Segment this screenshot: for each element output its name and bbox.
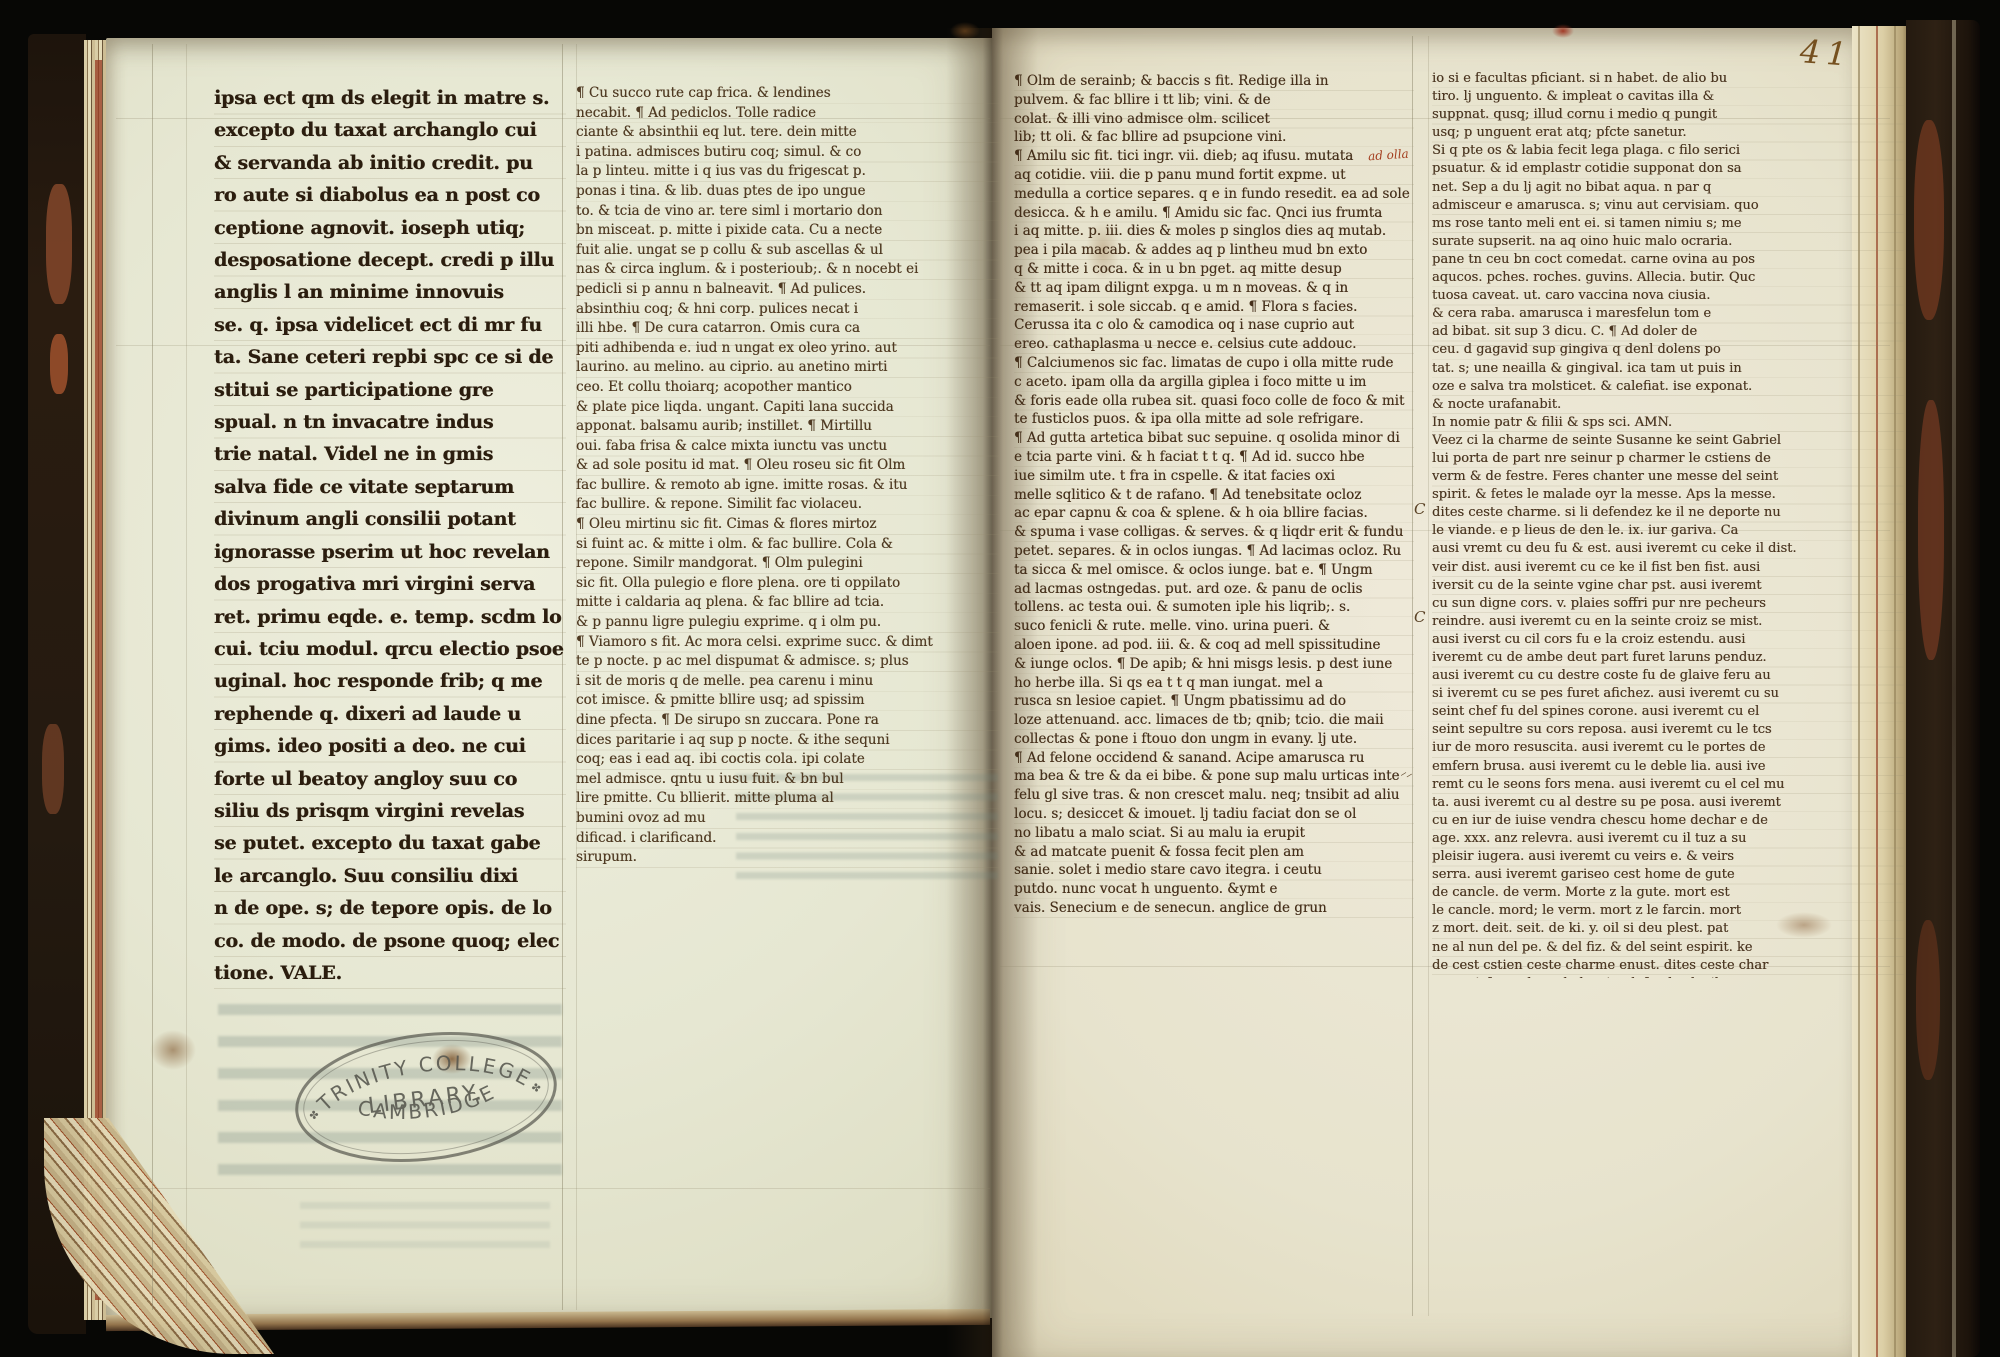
manuscript-text-line: ad bibat. sit sup 3 dicu. C. ¶ Ad doler … — [1432, 323, 1904, 341]
manuscript-text-line: mitte i caldaria aq plena. & fac bllire … — [576, 593, 1000, 613]
manuscript-text-line: oze e salva tra molsticet. & calefiat. i… — [1432, 378, 1904, 396]
manuscript-text-line: siliu ds prisqm virgini revelas — [214, 795, 566, 827]
manuscript-text-line: psuatur. & id emplastr cotidie supponat … — [1432, 160, 1904, 178]
manuscript-text-line: pedicli si p annu n balneavit. ¶ Ad puli… — [576, 280, 1000, 300]
manuscript-text-line: iversit cu de la seinte vgine char pst. … — [1432, 577, 1904, 595]
leather-wear-patch — [50, 334, 68, 394]
manuscript-text-line: Veez ci la charme de seinte Susanne ke s… — [1432, 432, 1904, 450]
manuscript-text-line: n de ope. s; de tepore opis. de lo — [214, 892, 566, 924]
marginal-paraph-mark: C — [1414, 500, 1425, 518]
manuscript-text-line: & ad matcate puenit & fossa fecit plen a… — [1014, 843, 1414, 862]
manuscript-text-line: salva fide ce vitate septarum — [214, 471, 566, 503]
manuscript-text-line: ¶ Ad felone occidend & sanand. Acipe ama… — [1014, 749, 1414, 768]
manuscript-text-line: divinum angli consilii potant — [214, 503, 566, 535]
manuscript-text-line: emfern brusa. ausi iveremt cu le deble l… — [1432, 758, 1904, 776]
manuscript-text-line: rusca sn lesioe capiet. ¶ Ungm pbatissim… — [1014, 692, 1414, 711]
manuscript-text-line: le viande. e p lieus de den le. ix. iur … — [1432, 522, 1904, 540]
show-through-text — [300, 1196, 550, 1256]
manuscript-text-line: stitui se participatione gre — [214, 374, 566, 406]
manuscript-text-line: iur de moro resuscita. ausi iveremt cu l… — [1432, 739, 1904, 757]
red-stained-fore-edge — [95, 60, 102, 1300]
manuscript-text-line: anglis l an minime innovuis — [214, 276, 566, 308]
manuscript-text-line: ret. primu eqde. e. temp. scdm lo — [214, 601, 566, 633]
manuscript-text-line: tollens. ac testa oui. & sumoten iple hi… — [1014, 598, 1414, 617]
manuscript-text-line: la p linteu. mitte i q ius vas du friges… — [576, 162, 1000, 182]
manuscript-text-line: ciante & absinthii eq lut. tere. dein mi… — [576, 123, 1000, 143]
manuscript-text-line: to. & tcia de vino ar. tere siml i morta… — [576, 202, 1000, 222]
manuscript-text-line: illi hbe. ¶ De cura catarron. Omis cura … — [576, 319, 1000, 339]
manuscript-text-line: fac bullire. & remoto ab igne. imitte ro… — [576, 476, 1000, 496]
manuscript-text-line: petet. separes. & in oclos iungas. ¶ Ad … — [1014, 542, 1414, 561]
leather-wear-patch — [1916, 920, 1940, 1080]
leather-wear-patch — [1914, 120, 1944, 320]
manuscript-text-line: ceu. d gagavid sup gingiva q denl dolens… — [1432, 341, 1904, 359]
manuscript-text-line: pleisir iugera. ausi iveremt cu veirs e.… — [1432, 848, 1904, 866]
left-page-main-column: ipsa ect qm ds elegit in matre s.excepto… — [214, 82, 566, 994]
manuscript-text-line: c aceto. ipam olla da argilla giplea i f… — [1014, 373, 1414, 392]
manuscript-text-line: remt cu le seons fors mena. ausi iveremt… — [1432, 776, 1904, 794]
manuscript-text-line: si iveremt cu se pes furet afichez. ausi… — [1432, 685, 1904, 703]
manuscript-text-line: rephende q. dixeri ad laude u — [214, 698, 566, 730]
manuscript-text-line: desicca. & h e amilu. ¶ Amidu sic fac. Q… — [1014, 204, 1414, 223]
manuscript-text-line: net. Sep a du lj agit no bibat aqua. n p… — [1432, 179, 1904, 197]
manuscript-text-line: dos progativa mri virgini serva — [214, 568, 566, 600]
manuscript-text-line: serra. ausi iveremt gariseo cest home de… — [1432, 866, 1904, 884]
manuscript-text-line: Si q pte os & labia fecit lega plaga. c … — [1432, 142, 1904, 160]
manuscript-text-line: ¶ Oleu mirtinu sic fit. Cimas & flores m… — [576, 515, 1000, 535]
book-cover-right-edge — [1906, 20, 1980, 1357]
marginal-paraph-mark: C — [1414, 608, 1425, 626]
manuscript-text-line: & servanda ab initio credit. pu — [214, 147, 566, 179]
marginal-note-red: ad olla — [1368, 147, 1410, 164]
manuscript-text-line: ma bea & tre & da ei bibe. & pone sup ma… — [1014, 767, 1414, 786]
manuscript-text-line: de cest cstien ceste charme enust. dites… — [1432, 957, 1904, 975]
manuscript-text-line: veir dist. ausi iveremt cu ce ke il fist… — [1432, 559, 1904, 577]
manuscript-text-line: e tcia parte vini. & h faciat t t q. ¶ A… — [1014, 448, 1414, 467]
manuscript-text-line: i aq mitte. p. iii. dies & moles p singl… — [1014, 222, 1414, 241]
manuscript-text-line: uginal. hoc responde frib; q me — [214, 665, 566, 697]
manuscript-text-line: ac epar capnu & coa & splene. & h oia bl… — [1014, 504, 1414, 523]
manuscript-text-line: lib; tt oli. & fac bllire ad psupcione v… — [1014, 128, 1414, 147]
manuscript-text-line: i patina. admisces butiru coq; simul. & … — [576, 143, 1000, 163]
manuscript-text-line: cui. tciu modul. qrcu electio psoe — [214, 633, 566, 665]
manuscript-text-line: loze attenuand. acc. limaces de tb; qnib… — [1014, 711, 1414, 730]
manuscript-photo: ipsa ect qm ds elegit in matre s.excepto… — [0, 0, 2000, 1357]
manuscript-text-line: colat. & illi vino admisce olm. scilicet — [1014, 110, 1414, 129]
ruling-line-vertical — [1428, 36, 1429, 1316]
leather-wear-patch — [42, 724, 64, 814]
manuscript-text-line: aq cotidie. viii. die p panu mund fortit… — [1014, 166, 1414, 185]
manuscript-text-line: oui. faba frisa & calce mixta iunctu vas… — [576, 437, 1000, 457]
manuscript-text-line: desposatione decept. credi p illu — [214, 244, 566, 276]
manuscript-text-line: apponat. balsamu aurib; instillet. ¶ Mir… — [576, 417, 1000, 437]
right-page-first-column: ¶ Olm de serainb; & baccis s fit. Redige… — [1014, 72, 1414, 918]
manuscript-text-line: ceo. Et collu thoiarq; acopother mantico — [576, 378, 1000, 398]
manuscript-text-line: & tt aq ipam dilignt expga. u m n moveas… — [1014, 279, 1414, 298]
manuscript-text-line: te fusticlos puos. & ipa olla mitte ad s… — [1014, 410, 1414, 429]
manuscript-text-line: In nomie patr & filii & sps sci. AMN. — [1432, 414, 1904, 432]
manuscript-text-line: ausi iverst cu cil cors fu e la croiz es… — [1432, 631, 1904, 649]
manuscript-text-line: seint chef fu del spines corone. ausi iv… — [1432, 703, 1904, 721]
manuscript-text-line: nas & circa inglum. & i posterioub;. & n… — [576, 260, 1000, 280]
left-page-second-column: ¶ Cu succo rute cap frica. & lendinesnec… — [576, 84, 1000, 870]
manuscript-text-line: & foris eade olla rubea sit. quasi foco … — [1014, 392, 1414, 411]
manuscript-text-line: se putet. excepto du taxat gabe — [214, 827, 566, 859]
manuscript-text-line: co. de modo. de psone quoq; elec — [214, 925, 566, 957]
manuscript-text-line: & spuma i vase colligas. & serves. & q l… — [1014, 523, 1414, 542]
manuscript-text-line: cu en iur de iuise vendra chescu home de… — [1432, 812, 1904, 830]
manuscript-text-line: dites ceste charme. si li defendez ke il… — [1432, 504, 1904, 522]
manuscript-text-line: lui porta de part nre seinur p charmer l… — [1432, 450, 1904, 468]
manuscript-text-line: laurino. au melino. au ciprio. au anetin… — [576, 358, 1000, 378]
manuscript-text-line: si fuint ac. & mitte i olm. & fac bullir… — [576, 535, 1000, 555]
manuscript-text-line: ignorasse pserim ut hoc revelan — [214, 536, 566, 568]
manuscript-text-line: aloen ipone. ad pod. iii. &. & coq ad me… — [1014, 636, 1414, 655]
manuscript-text-line: ¶ Calciumenos sic fac. limatas de cupo i… — [1014, 354, 1414, 373]
stamp-ornament-right: ✤ — [531, 1081, 542, 1095]
manuscript-text-line: sanie. solet i medio stare cavo itegra. … — [1014, 861, 1414, 880]
manuscript-text-line: tione. VALE. — [214, 957, 566, 989]
manuscript-text-line: collectas & pone i ftouo don ungm in eva… — [1014, 730, 1414, 749]
debris-spot — [950, 22, 980, 40]
manuscript-text-line: ad lacmas ostngedas. put. ard oze. & pan… — [1014, 580, 1414, 599]
manuscript-text-line: io si e facultas pficiant. si n habet. d… — [1432, 70, 1904, 88]
manuscript-text-line: felu gl sive tras. & non crescet malu. n… — [1014, 786, 1414, 805]
manuscript-text-line: ipsa ect qm ds elegit in matre s. — [214, 82, 566, 114]
manuscript-text-line: ro aute si diabolus ea n post co — [214, 179, 566, 211]
manuscript-text-line: cu sun digne cors. v. plaies soffri pur … — [1432, 595, 1904, 613]
manuscript-text-line: Cerussa ita c olo & camodica oq i nase c… — [1014, 316, 1414, 335]
manuscript-text-line: de cancle. de verm. Morte z la gute. mor… — [1432, 884, 1904, 902]
manuscript-text-line: admisceur e amarusca. s; vinu aut cervis… — [1432, 197, 1904, 215]
manuscript-text-line: dices paritarie i aq sup p nocte. & ithe… — [576, 731, 1000, 751]
manuscript-text-line: seint sepultre su cors reposa. ausi iver… — [1432, 721, 1904, 739]
manuscript-text-line: iue similm ute. t fra in cspelle. & itat… — [1014, 467, 1414, 486]
manuscript-text-line: usq; p unguent erat atq; pfcte sanetur. — [1432, 124, 1904, 142]
manuscript-text-line: melle sqlitico & t de rafano. ¶ Ad teneb… — [1014, 486, 1414, 505]
manuscript-text-line: pea i pila macab. & addes aq p lintheu m… — [1014, 241, 1414, 260]
manuscript-text-line: le cancle. mord; le verm. mort z le farc… — [1432, 902, 1904, 920]
manuscript-text-line: spirit. & fetes le malade oyr la messe. … — [1432, 486, 1904, 504]
manuscript-text-line: tat. s; une neailla & gingival. ica tam … — [1432, 360, 1904, 378]
manuscript-text-line: ereo. cathaplasma u necce e. celsius cut… — [1014, 335, 1414, 354]
manuscript-text-line: iveremt cu de ambe deut part furet larun… — [1432, 649, 1904, 667]
manuscript-text-line: & nocte urafanabit. — [1432, 396, 1904, 414]
manuscript-text-line: pulvem. & fac bllire i tt lib; vini. & d… — [1014, 91, 1414, 110]
manuscript-text-line: dificad. i clarificand. — [576, 829, 1000, 849]
manuscript-text-line: tuosa caveat. ut. caro vaccina nova cius… — [1432, 287, 1904, 305]
ruling-line-vertical — [186, 44, 187, 1310]
manuscript-text-line: pane tn ceu bn coct comedat. carne ovina… — [1432, 251, 1904, 269]
manuscript-text-line: medulla a cortice separes. q e in fundo … — [1014, 185, 1414, 204]
manuscript-text-line: age. xxx. anz relevra. ausi iveremt cu i… — [1432, 830, 1904, 848]
manuscript-text-line: & cera raba. amarusca i maresfelun tom e — [1432, 305, 1904, 323]
manuscript-text-line: aqucos. pches. roches. guvins. Allecia. … — [1432, 269, 1904, 287]
manuscript-text-line: z mort. deit. seit. de ki. y. oil si deu… — [1432, 920, 1904, 938]
manuscript-text-line: ¶ Cu succo rute cap frica. & lendines — [576, 84, 1000, 104]
ruling-line-vertical — [152, 44, 153, 1310]
manuscript-text-line: ta. Sane ceteri repbi spc ce si de — [214, 341, 566, 373]
manuscript-text-line: q & mitte i coca. & in u bn pget. aq mit… — [1014, 260, 1414, 279]
manuscript-text-line: fac bullire. & repone. Similit fac viola… — [576, 495, 1000, 515]
manuscript-text-line: gims. ideo positi a deo. ne cui — [214, 730, 566, 762]
manuscript-text-line: suppnat. qusq; illud cornu i medio q pun… — [1432, 106, 1904, 124]
manuscript-text-line: me treisfez vr le malade. si u defendez … — [1432, 975, 1904, 978]
manuscript-text-line: bn misceat. p. mitte i pixide cata. Cu a… — [576, 221, 1000, 241]
leather-wear-patch — [46, 184, 72, 304]
manuscript-text-line: ausi vremt cu deu fu & est. ausi iveremt… — [1432, 540, 1904, 558]
leather-wear-patch — [1918, 400, 1944, 660]
leather-shine — [1952, 20, 1956, 1357]
manuscript-text-line: ¶ Olm de serainb; & baccis s fit. Redige… — [1014, 72, 1414, 91]
manuscript-text-line: no libatu a malo sciat. Si au malu ia er… — [1014, 824, 1414, 843]
manuscript-text-line: mel admisce. qntu u iusu fuit. & bn bul — [576, 770, 1000, 790]
manuscript-text-line: vais. Senecium e de senecun. anglice de … — [1014, 899, 1414, 918]
manuscript-text-line: necabit. ¶ Ad pediclos. Tolle radice — [576, 104, 1000, 124]
manuscript-text-line: ¶ Viamoro s fit. Ac mora celsi. exprime … — [576, 633, 1000, 653]
folio-number: 41 — [1799, 32, 1854, 74]
manuscript-text-line: te p nocte. p ac mel dispumat & admisce.… — [576, 652, 1000, 672]
manuscript-text-line: ta sicca & mel omisce. & oclos iunge. ba… — [1014, 561, 1414, 580]
manuscript-text-line: se. q. ipsa videlicet ect di mr fu — [214, 309, 566, 341]
manuscript-text-line: & p pannu ligre pulegiu exprime. q i olm… — [576, 613, 1000, 633]
manuscript-text-line: piti adhibenda e. iud n ungat ex oleo yr… — [576, 339, 1000, 359]
manuscript-text-line: verm & de festre. Feres chanter une mess… — [1432, 468, 1904, 486]
manuscript-text-line: lire pmitte. Cu bllierit. mitte pluma al — [576, 789, 1000, 809]
manuscript-text-line: ho herbe illa. Si qs ea t t q man iungat… — [1014, 674, 1414, 693]
manuscript-text-line: ms rose tanto meli ent ei. si tamen nimi… — [1432, 215, 1904, 233]
manuscript-text-line: coq; eas i ead aq. ibi coctis cola. ipi … — [576, 750, 1000, 770]
manuscript-text-line: cot imisce. & pmitte bllire usq; ad spis… — [576, 691, 1000, 711]
red-spot — [1552, 24, 1574, 38]
manuscript-text-line: ta. ausi iveremt cu al destre su pe posa… — [1432, 794, 1904, 812]
stain — [150, 1030, 196, 1070]
manuscript-text-line: ceptione agnovit. ioseph utiq; — [214, 212, 566, 244]
manuscript-text-line: & ad sole positu id mat. ¶ Oleu roseu si… — [576, 456, 1000, 476]
manuscript-text-line: absinthiu coq; & hni corp. pulices necat… — [576, 300, 1000, 320]
manuscript-text-line: locu. s; desiccet & imouet. lj tadiu fac… — [1014, 805, 1414, 824]
manuscript-text-line: & plate pice liqda. ungant. Capiti lana … — [576, 398, 1000, 418]
stamp-ornament-left: ✤ — [309, 1108, 320, 1122]
manuscript-text-line: sirupum. — [576, 848, 1000, 868]
manuscript-text-line: fuit alie. ungat se p collu & sub ascell… — [576, 241, 1000, 261]
right-page-second-column: io si e facultas pficiant. si n habet. d… — [1432, 70, 1904, 978]
manuscript-text-line: surate supserit. na aq oino huic malo oc… — [1432, 233, 1904, 251]
manuscript-text-line: ponas i tina. & lib. duas ptes de ipo un… — [576, 182, 1000, 202]
manuscript-text-line: i sit de moris q de melle. pea carenu i … — [576, 672, 1000, 692]
manuscript-text-line: reindre. ausi iveremt cu en la seinte cr… — [1432, 613, 1904, 631]
manuscript-text-line: suco fenicli & rute. melle. vino. urina … — [1014, 617, 1414, 636]
manuscript-text-line: trie natal. Videl ne in gmis — [214, 438, 566, 470]
manuscript-text-line: excepto du taxat archanglo cui — [214, 114, 566, 146]
manuscript-text-line: le arcanglo. Suu consiliu dixi — [214, 860, 566, 892]
manuscript-text-line: & iunge oclos. ¶ De apib; & hni misgs le… — [1014, 655, 1414, 674]
manuscript-text-line: putdo. nunc vocat h unguento. &ymt e — [1014, 880, 1414, 899]
manuscript-text-line: ausi iveremt cu cu destre coste fu de gl… — [1432, 667, 1904, 685]
manuscript-text-line: sic fit. Olla pulegio e flore plena. ore… — [576, 574, 1000, 594]
manuscript-text-line: tiro. lj unguento. & impleat o cavitas i… — [1432, 88, 1904, 106]
manuscript-text-line: remaserit. i sole siccab. q e amid. ¶ Fl… — [1014, 298, 1414, 317]
manuscript-text-line: repone. Similr mandgorat. ¶ Olm pulegini — [576, 554, 1000, 574]
manuscript-text-line: ¶ Amilu sic fit. tici ingr. vii. dieb; a… — [1014, 147, 1414, 166]
manuscript-text-line: ne al nun del pe. & del fiz. & del seint… — [1432, 939, 1904, 957]
manuscript-text-line: ¶ Ad gutta artetica bibat suc sepuine. q… — [1014, 429, 1414, 448]
manuscript-text-line: dine pfecta. ¶ De sirupo sn zuccara. Pon… — [576, 711, 1000, 731]
manuscript-text-line: forte ul beatoy angloy suu co — [214, 763, 566, 795]
manuscript-text-line: spual. n tn invacatre indus — [214, 406, 566, 438]
manuscript-text-line: bumini ovoz ad mu — [576, 809, 1000, 829]
